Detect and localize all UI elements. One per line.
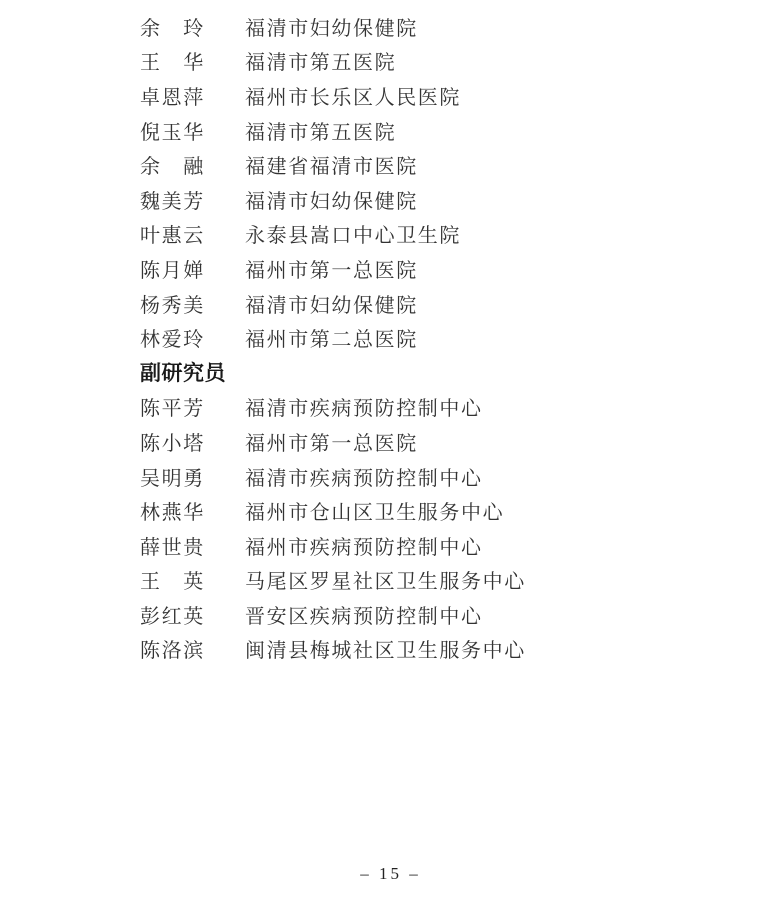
person-name: 倪玉华 — [140, 116, 245, 145]
roster-row: 林燕华 福州市仓山区卫生服务中心 — [140, 493, 751, 528]
roster-row: 卓恩萍 福州市长乐区人民医院 — [140, 78, 751, 113]
roster-row: 王 华 福清市第五医院 — [140, 44, 751, 79]
institution-name: 闽清县梅城社区卫生服务中心 — [245, 634, 751, 663]
person-name: 彭红英 — [140, 600, 245, 629]
page-number: – 15 – — [0, 864, 781, 884]
institution-name: 晋安区疾病预防控制中心 — [245, 600, 751, 629]
roster-row: 倪玉华 福清市第五医院 — [140, 113, 751, 148]
institution-name: 永泰县嵩口中心卫生院 — [245, 219, 751, 248]
roster-row: 陈洛滨 闽清县梅城社区卫生服务中心 — [140, 632, 751, 667]
person-name: 卓恩萍 — [140, 81, 245, 110]
person-name: 魏美芳 — [140, 185, 245, 214]
roster-row: 林爱玲 福州市第二总医院 — [140, 320, 751, 355]
person-name: 杨秀美 — [140, 289, 245, 318]
person-name: 陈平芳 — [140, 392, 245, 421]
institution-name: 福州市长乐区人民医院 — [245, 81, 751, 110]
person-name: 吴明勇 — [140, 462, 245, 491]
person-name: 陈小塔 — [140, 427, 245, 456]
roster-row: 彭红英 晋安区疾病预防控制中心 — [140, 597, 751, 632]
person-name: 余 融 — [140, 150, 245, 179]
section-heading-associate-researcher: 副研究员 — [140, 355, 751, 390]
roster-row: 杨秀美 福清市妇幼保健院 — [140, 286, 751, 321]
institution-name: 福清市妇幼保健院 — [245, 185, 751, 214]
institution-name: 福州市第一总医院 — [245, 254, 751, 283]
person-name: 林燕华 — [140, 496, 245, 525]
person-name: 林爱玲 — [140, 323, 245, 352]
institution-name: 福建省福清市医院 — [245, 150, 751, 179]
roster-row: 余 融 福建省福清市医院 — [140, 147, 751, 182]
roster-row: 魏美芳 福清市妇幼保健院 — [140, 182, 751, 217]
institution-name: 福清市妇幼保健院 — [245, 289, 751, 318]
roster-row: 陈平芳 福清市疾病预防控制中心 — [140, 390, 751, 425]
person-name: 陈洛滨 — [140, 634, 245, 663]
institution-name: 福州市疾病预防控制中心 — [245, 531, 751, 560]
roster-row: 薛世贵 福州市疾病预防控制中心 — [140, 528, 751, 563]
document-page: 余 玲 福清市妇幼保健院 王 华 福清市第五医院 卓恩萍 福州市长乐区人民医院 … — [0, 0, 781, 902]
roster-row: 陈小塔 福州市第一总医院 — [140, 424, 751, 459]
person-name: 余 玲 — [140, 12, 245, 41]
institution-name: 福州市第一总医院 — [245, 427, 751, 456]
person-name: 陈月婵 — [140, 254, 245, 283]
institution-name: 福清市第五医院 — [245, 46, 751, 75]
institution-name: 福州市仓山区卫生服务中心 — [245, 496, 751, 525]
institution-name: 马尾区罗星社区卫生服务中心 — [245, 565, 751, 594]
institution-name: 福清市第五医院 — [245, 116, 751, 145]
roster-row: 陈月婵 福州市第一总医院 — [140, 251, 751, 286]
roster-row: 吴明勇 福清市疾病预防控制中心 — [140, 459, 751, 494]
person-name: 叶惠云 — [140, 219, 245, 248]
person-name: 王 华 — [140, 46, 245, 75]
roster-row: 余 玲 福清市妇幼保健院 — [140, 9, 751, 44]
institution-name: 福清市疾病预防控制中心 — [245, 392, 751, 421]
institution-name: 福清市妇幼保健院 — [245, 12, 751, 41]
institution-name: 福州市第二总医院 — [245, 323, 751, 352]
roster-content: 余 玲 福清市妇幼保健院 王 华 福清市第五医院 卓恩萍 福州市长乐区人民医院 … — [140, 9, 751, 666]
person-name: 薛世贵 — [140, 531, 245, 560]
person-name: 王 英 — [140, 565, 245, 594]
roster-row: 王 英 马尾区罗星社区卫生服务中心 — [140, 563, 751, 598]
roster-row: 叶惠云 永泰县嵩口中心卫生院 — [140, 217, 751, 252]
institution-name: 福清市疾病预防控制中心 — [245, 462, 751, 491]
